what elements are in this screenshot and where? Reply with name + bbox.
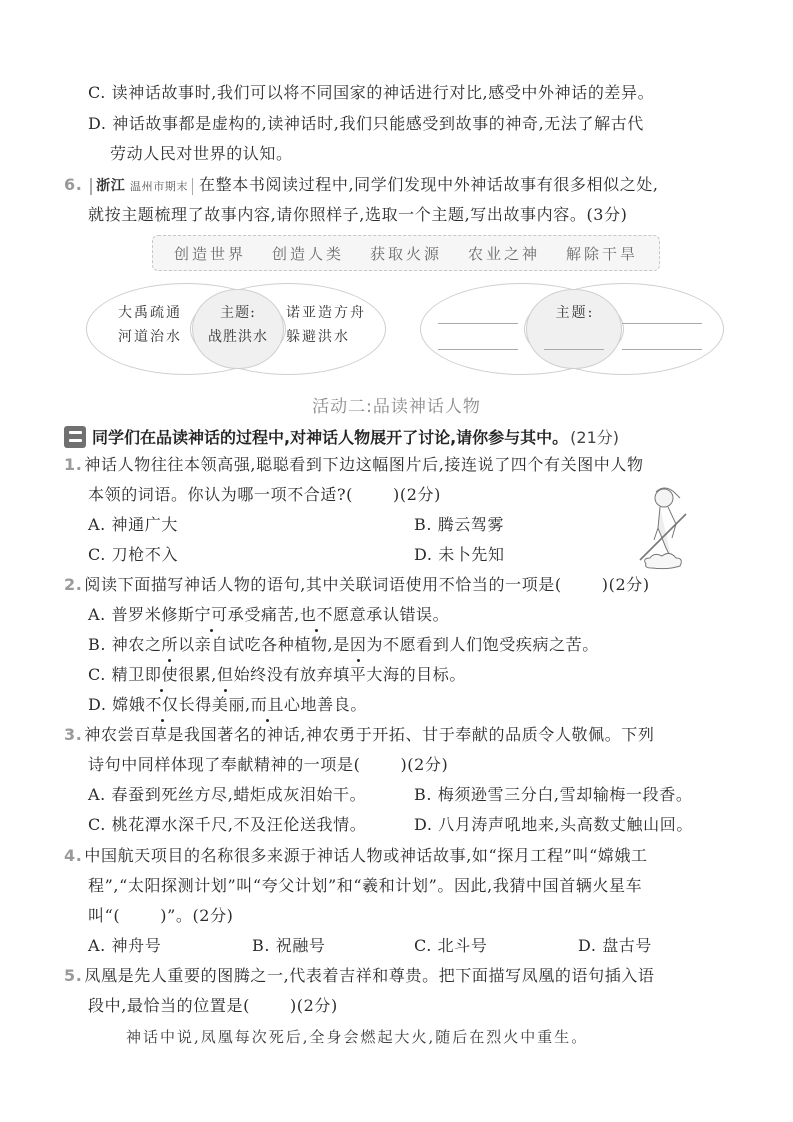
option-label: A.: [88, 785, 106, 804]
option-text: 神话故事都是虚构的,读神话时,我们只能感受到故事的神奇,无法了解古代: [112, 114, 644, 133]
question-2-line1: 2.阅读下面描写神话人物的语句,其中关联词语使用不恰当的一项是()(2分): [64, 574, 650, 596]
option-text: 神舟号: [112, 936, 162, 955]
q3-option-c[interactable]: C. 桃花潭水深千尺,不及汪伦送我情。: [88, 814, 366, 836]
venn-center-label: 主题:: [194, 301, 282, 325]
question-1-line1: 1.神话人物往往本领高强,聪聪看到下边这幅图片后,接连说了四个有关图中人物: [64, 454, 644, 476]
q3-option-b[interactable]: B. 梅须逊雪三分白,雪却输梅一段香。: [414, 784, 692, 806]
q3-option-d[interactable]: D. 八月涛声吼地来,头高数丈触山回。: [414, 814, 693, 836]
question-6-line2: 就按主题梳理了故事内容,请你照样子,选取一个主题,写出故事内容。(3分): [88, 204, 628, 226]
emphasized-text: 也不: [300, 604, 333, 626]
option-text: 祝融号: [276, 936, 326, 955]
question-score: )(2分): [400, 755, 448, 774]
option-text: 桃花潭水深千尺,不及汪伦送我情。: [112, 815, 367, 834]
q1-option-b[interactable]: B. 腾云驾雾: [414, 514, 504, 536]
part-heading-text: 同学们在品读神话的过程中,对神话人物展开了讨论,请你参与其中。: [92, 425, 568, 448]
emphasized-text: 之所以: [145, 634, 195, 656]
option-label: B.: [252, 936, 270, 955]
option-text: 承受痛苦,: [228, 605, 300, 624]
question-score: )(2分): [602, 575, 650, 594]
venn-left-line: 河道治水: [110, 325, 190, 349]
question-4-line3: 叫“()”。(2分): [88, 905, 234, 927]
source-exam: 温州市期末: [130, 180, 188, 193]
question-5-line2: 段中,最恰当的位置是()(2分): [88, 995, 338, 1017]
question-number: 6.: [64, 175, 82, 194]
venn-right-line: 诺亚造方舟: [286, 301, 382, 325]
option-text: 腾云驾雾: [438, 515, 504, 534]
question-number: 1.: [64, 455, 82, 474]
emphasized-text: 但: [217, 664, 234, 686]
prev-option-d: D. 神话故事都是虚构的,读神话时,我们只能感受到故事的神奇,无法了解古代: [88, 113, 644, 135]
option-text: 读神话故事时,我们可以将不同国家的神话进行对比,感受中外神话的差异。: [112, 83, 655, 102]
emphasized-text: 而且: [251, 694, 284, 716]
question-text: 本领的词语。你认为哪一项不合适?(: [88, 485, 353, 504]
q4-option-b[interactable]: B. 祝融号: [252, 935, 326, 957]
emphasized-text: 是因为: [333, 634, 383, 656]
question-text: 叫“(: [88, 906, 120, 925]
option-label: D.: [578, 936, 597, 955]
part-score: (21分): [570, 425, 619, 448]
question-4-line2: 程”,“太阳探测计划”叫“夸父计划”和“羲和计划”。因此,我猜中国首辆火星车: [88, 875, 642, 897]
answer-blank[interactable]: [544, 349, 604, 350]
question-number: 3.: [64, 725, 82, 744]
option-text: 春蚕到死丝方尽,蜡炬成灰泪始干。: [112, 785, 367, 804]
question-4-line1: 4.中国航天项目的名称很多来源于神话人物或神话故事,如“探月工程”叫“嫦娥工: [64, 845, 648, 867]
option-text: 始终没有放弃填平大海的目标。: [234, 665, 466, 684]
option-label: B.: [414, 785, 432, 804]
option-label: C.: [88, 665, 106, 684]
prev-option-c: C. 读神话故事时,我们可以将不同国家的神话进行对比,感受中外神话的差异。: [88, 82, 654, 104]
venn-center-label: 主题:: [540, 301, 610, 325]
monkey-king-illustration-icon: [628, 478, 698, 578]
option-text: 嫦娥: [112, 695, 145, 714]
topic-options-box: 创造世界 创造人类 获取火源 农业之神 解除干旱: [152, 235, 660, 271]
question-6-line1: 6. 浙江 温州市期末在整本书阅读过程中,同学们发现中外神话故事有很多相似之处,: [64, 174, 659, 196]
q2-option-c[interactable]: C. 精卫即使很累,但始终没有放弃填平大海的目标。: [88, 664, 466, 686]
option-text: 盘古号: [602, 936, 652, 955]
question-score: )”。(2分): [160, 906, 233, 925]
option-text: 亲自试吃各种植物,: [195, 635, 334, 654]
option-label: C.: [88, 83, 106, 102]
answer-blank[interactable]: [438, 323, 518, 324]
q1-option-c[interactable]: C. 刀枪不入: [88, 544, 178, 566]
option-text: 神通广大: [112, 515, 178, 534]
emphasized-text: 宁可: [195, 604, 228, 626]
question-score: )(2分): [393, 485, 441, 504]
source-tag: 浙江 温州市期末: [90, 178, 193, 195]
emphasized-word: 宁可: [195, 605, 228, 624]
option-label: D.: [88, 114, 107, 133]
topic-item: 创造人类: [272, 243, 344, 264]
option-label: D.: [414, 815, 433, 834]
part-heading: 同学们在品读神话的过程中,对神话人物展开了讨论,请你参与其中。 (21分): [64, 425, 619, 448]
question-3-line1: 3.神农尝百草是我国著名的神话,神农勇于开拓、甘于奉献的品质令人敬佩。下列: [64, 724, 655, 746]
venn-left-line: 大禹疏通: [110, 301, 190, 325]
question-text: 神农尝百草是我国著名的神话,神农勇于开拓、甘于奉献的品质令人敬佩。下列: [84, 725, 654, 744]
prev-option-d-continuation: 劳动人民对世界的认知。: [110, 143, 293, 165]
option-text: 梅须逊雪三分白,雪却输梅一段香。: [438, 785, 693, 804]
question-text: 凤凰是先人重要的图腾之一,代表着吉祥和尊贵。把下面描写凤凰的语句插入语: [84, 966, 654, 985]
option-text: 八月涛声吼地来,头高数丈触山回。: [438, 815, 693, 834]
q1-option-a[interactable]: A. 神通广大: [88, 514, 178, 536]
source-province: 浙江: [96, 178, 125, 194]
question-text: 中国航天项目的名称很多来源于神话人物或神话故事,如“探月工程”叫“嫦娥工: [84, 846, 647, 865]
option-text: 普罗米修斯: [112, 605, 195, 624]
topic-item: 解除干旱: [566, 243, 638, 264]
option-label: D.: [88, 695, 107, 714]
venn-right-line: 躲避洪水: [286, 325, 382, 349]
option-text: 未卜先知: [438, 545, 504, 564]
option-text: 长得美丽,: [179, 695, 251, 714]
q4-option-c[interactable]: C. 北斗号: [414, 935, 487, 957]
option-label: D.: [414, 545, 433, 564]
answer-blank[interactable]: [438, 349, 518, 350]
question-text: 在整本书阅读过程中,同学们发现中外神话故事有很多相似之处,: [199, 175, 659, 194]
option-label: C.: [88, 815, 106, 834]
venn-center-text: 主题: 战胜洪水: [194, 301, 282, 349]
q2-option-d[interactable]: D. 嫦娥不仅长得美丽,而且心地善良。: [88, 694, 367, 716]
option-label: B.: [414, 515, 432, 534]
option-text: 精卫: [112, 665, 145, 684]
q4-option-a[interactable]: A. 神舟号: [88, 935, 161, 957]
topic-item: 获取火源: [370, 243, 442, 264]
answer-blank[interactable]: [622, 323, 702, 324]
question-text: 神话人物往往本领高强,聪聪看到下边这幅图片后,接连说了四个有关图中人物: [84, 455, 643, 474]
answer-blank[interactable]: [622, 349, 702, 350]
q2-option-b[interactable]: B. 神农之所以亲自试吃各种植物,是因为不愿看到人们饱受疾病之苦。: [88, 634, 599, 656]
option-label: A.: [88, 515, 106, 534]
insert-sentence: 神话中说,凤凰每次死后,全身会燃起大火,随后在烈火中重生。: [126, 1026, 588, 1047]
example-venn-diagram: 大禹疏通 河道治水 主题: 战胜洪水 诺亚造方舟 躲避洪水: [86, 283, 386, 375]
q1-option-d[interactable]: D. 未卜先知: [414, 544, 505, 566]
q3-option-a[interactable]: A. 春蚕到死丝方尽,蜡炬成灰泪始干。: [88, 784, 366, 806]
option-text: 很累,: [178, 665, 217, 684]
question-text: 诗句中同样体现了奉献精神的一项是(: [88, 755, 360, 774]
question-score: )(2分): [290, 996, 338, 1015]
venn-center-value: 战胜洪水: [194, 325, 282, 349]
option-text: 神农: [112, 635, 145, 654]
q2-option-a[interactable]: A. 普罗米修斯宁可承受痛苦,也不愿意承认错误。: [88, 604, 449, 626]
question-number: 4.: [64, 846, 82, 865]
option-text: 心地善良。: [284, 695, 367, 714]
option-text: 北斗号: [438, 936, 488, 955]
question-3-line2: 诗句中同样体现了奉献精神的一项是()(2分): [88, 754, 448, 776]
part-number-badge: [64, 426, 86, 448]
venn-right-text: 诺亚造方舟 躲避洪水: [286, 301, 382, 349]
option-text: 刀枪不入: [112, 545, 178, 564]
option-label: A.: [88, 605, 106, 624]
topic-item: 创造世界: [174, 243, 246, 264]
q4-option-d[interactable]: D. 盘古号: [578, 935, 652, 957]
question-5-line1: 5.凤凰是先人重要的图腾之一,代表着吉祥和尊贵。把下面描写凤凰的语句插入语: [64, 965, 655, 987]
question-text: 段中,最恰当的位置是(: [88, 996, 250, 1015]
question-text: 阅读下面描写神话人物的语句,其中关联词语使用不恰当的一项是(: [84, 575, 561, 594]
option-label: A.: [88, 936, 106, 955]
option-text: 不愿看到人们饱受疾病之苦。: [383, 635, 599, 654]
question-number: 5.: [64, 966, 82, 985]
option-text: 愿意承认错误。: [333, 605, 449, 624]
emphasized-text: 即使: [145, 664, 178, 686]
blank-venn-diagram: 主题:: [420, 283, 724, 375]
option-label: C.: [414, 936, 432, 955]
emphasized-text: 不仅: [145, 694, 178, 716]
option-label: C.: [88, 545, 106, 564]
venn-left-text: 大禹疏通 河道治水: [110, 301, 190, 349]
topic-item: 农业之神: [468, 243, 540, 264]
option-label: B.: [88, 635, 106, 654]
question-number: 2.: [64, 575, 82, 594]
activity-title: 活动二:品读神话人物: [0, 392, 793, 417]
question-1-line2: 本领的词语。你认为哪一项不合适?()(2分): [88, 484, 441, 506]
